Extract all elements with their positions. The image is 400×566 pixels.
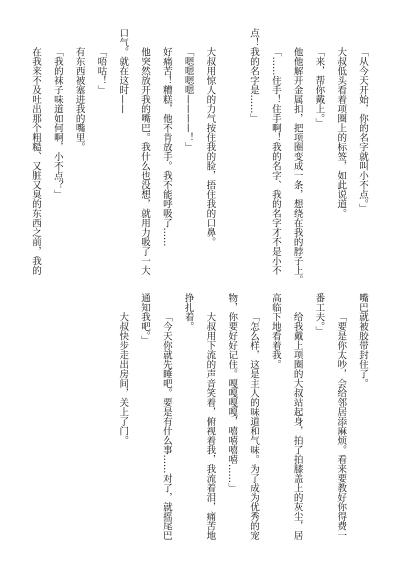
text-column: 口气。就在这时——	[111, 28, 133, 278]
text-column: 点！我的名字是……」	[242, 28, 264, 278]
text-column: 他突然放开我的嘴巴。我什么也没想，就用力吸了一大	[133, 28, 155, 278]
text-column: 「嗯嗯嗯嗯————！」	[177, 28, 199, 278]
text-column: 挣扎着。	[177, 293, 199, 543]
blank-column-separator	[220, 28, 242, 278]
text-column: 番工夫。」	[308, 293, 330, 543]
text-column: 在我来不及吐出那个粗糙、又脏又臭的东西之前，我的	[24, 28, 46, 278]
text-column: 「来，帮你戴上。」	[308, 28, 330, 278]
text-column: 「唔咕！」	[90, 28, 112, 278]
text-column: 「今天你就先睡吧。要是有什么事……对了，就摇尾巴	[155, 293, 177, 543]
text-column: 物，你要好好记住。嘎嘎嘎嘎，嘻嘻嘻嘻……」	[220, 293, 242, 543]
text-column: 「要是你太吵，会给邻居添麻烦。看来要教好你得费一	[329, 293, 351, 543]
book-page: 「从今天开始，你的名字就叫小不点。」 大叔低头看着项圈上的标签，如此说道。 「来…	[0, 0, 400, 566]
lower-text-tier: 嘴巴就被胶带封住了。 「要是你太吵，会给邻居添麻烦。看来要教好你得费一 番工夫。…	[111, 293, 373, 543]
text-column: 有东西被塞进我的嘴里。	[68, 28, 90, 278]
text-column: 高临下地看着我。	[264, 293, 286, 543]
text-column: 大叔低头看着项圈上的标签，如此说道。	[329, 28, 351, 278]
text-column: 大叔用下流的声音笑着，俯视着我，我流着泪，痛苦地	[199, 293, 221, 543]
text-column: 「……住手！住手啊！我的名字、我的名字才不是小不	[264, 28, 286, 278]
text-column: 他他解开金属扣，把项圈变成一条，想绕在我的脖子上。	[286, 28, 308, 278]
text-column: 「从今天开始，你的名字就叫小不点。」	[351, 28, 373, 278]
text-column: 大叔快步走出房间，关上了门。	[111, 293, 133, 543]
text-column: 嘴巴就被胶带封住了。	[351, 293, 373, 543]
text-column: 「怎么样，这是主人的味道和气味。为了成为优秀的宠	[242, 293, 264, 543]
text-column: 大叔用惊人的力气按住我的脸，捂住我的口鼻。	[199, 28, 221, 278]
text-column: 通知我吧。」	[133, 293, 155, 543]
upper-text-tier: 「从今天开始，你的名字就叫小不点。」 大叔低头看着项圈上的标签，如此说道。 「来…	[24, 28, 373, 278]
text-column: 好痛苦！糟糕，他不肯放手。我不能呼吸了……	[155, 28, 177, 278]
text-column: 「我的袜子味道如何啊，小不点？」	[46, 28, 68, 278]
text-column: 给我戴上项圈的大叔站起身，拍了拍膝盖上的灰尘，居	[286, 293, 308, 543]
